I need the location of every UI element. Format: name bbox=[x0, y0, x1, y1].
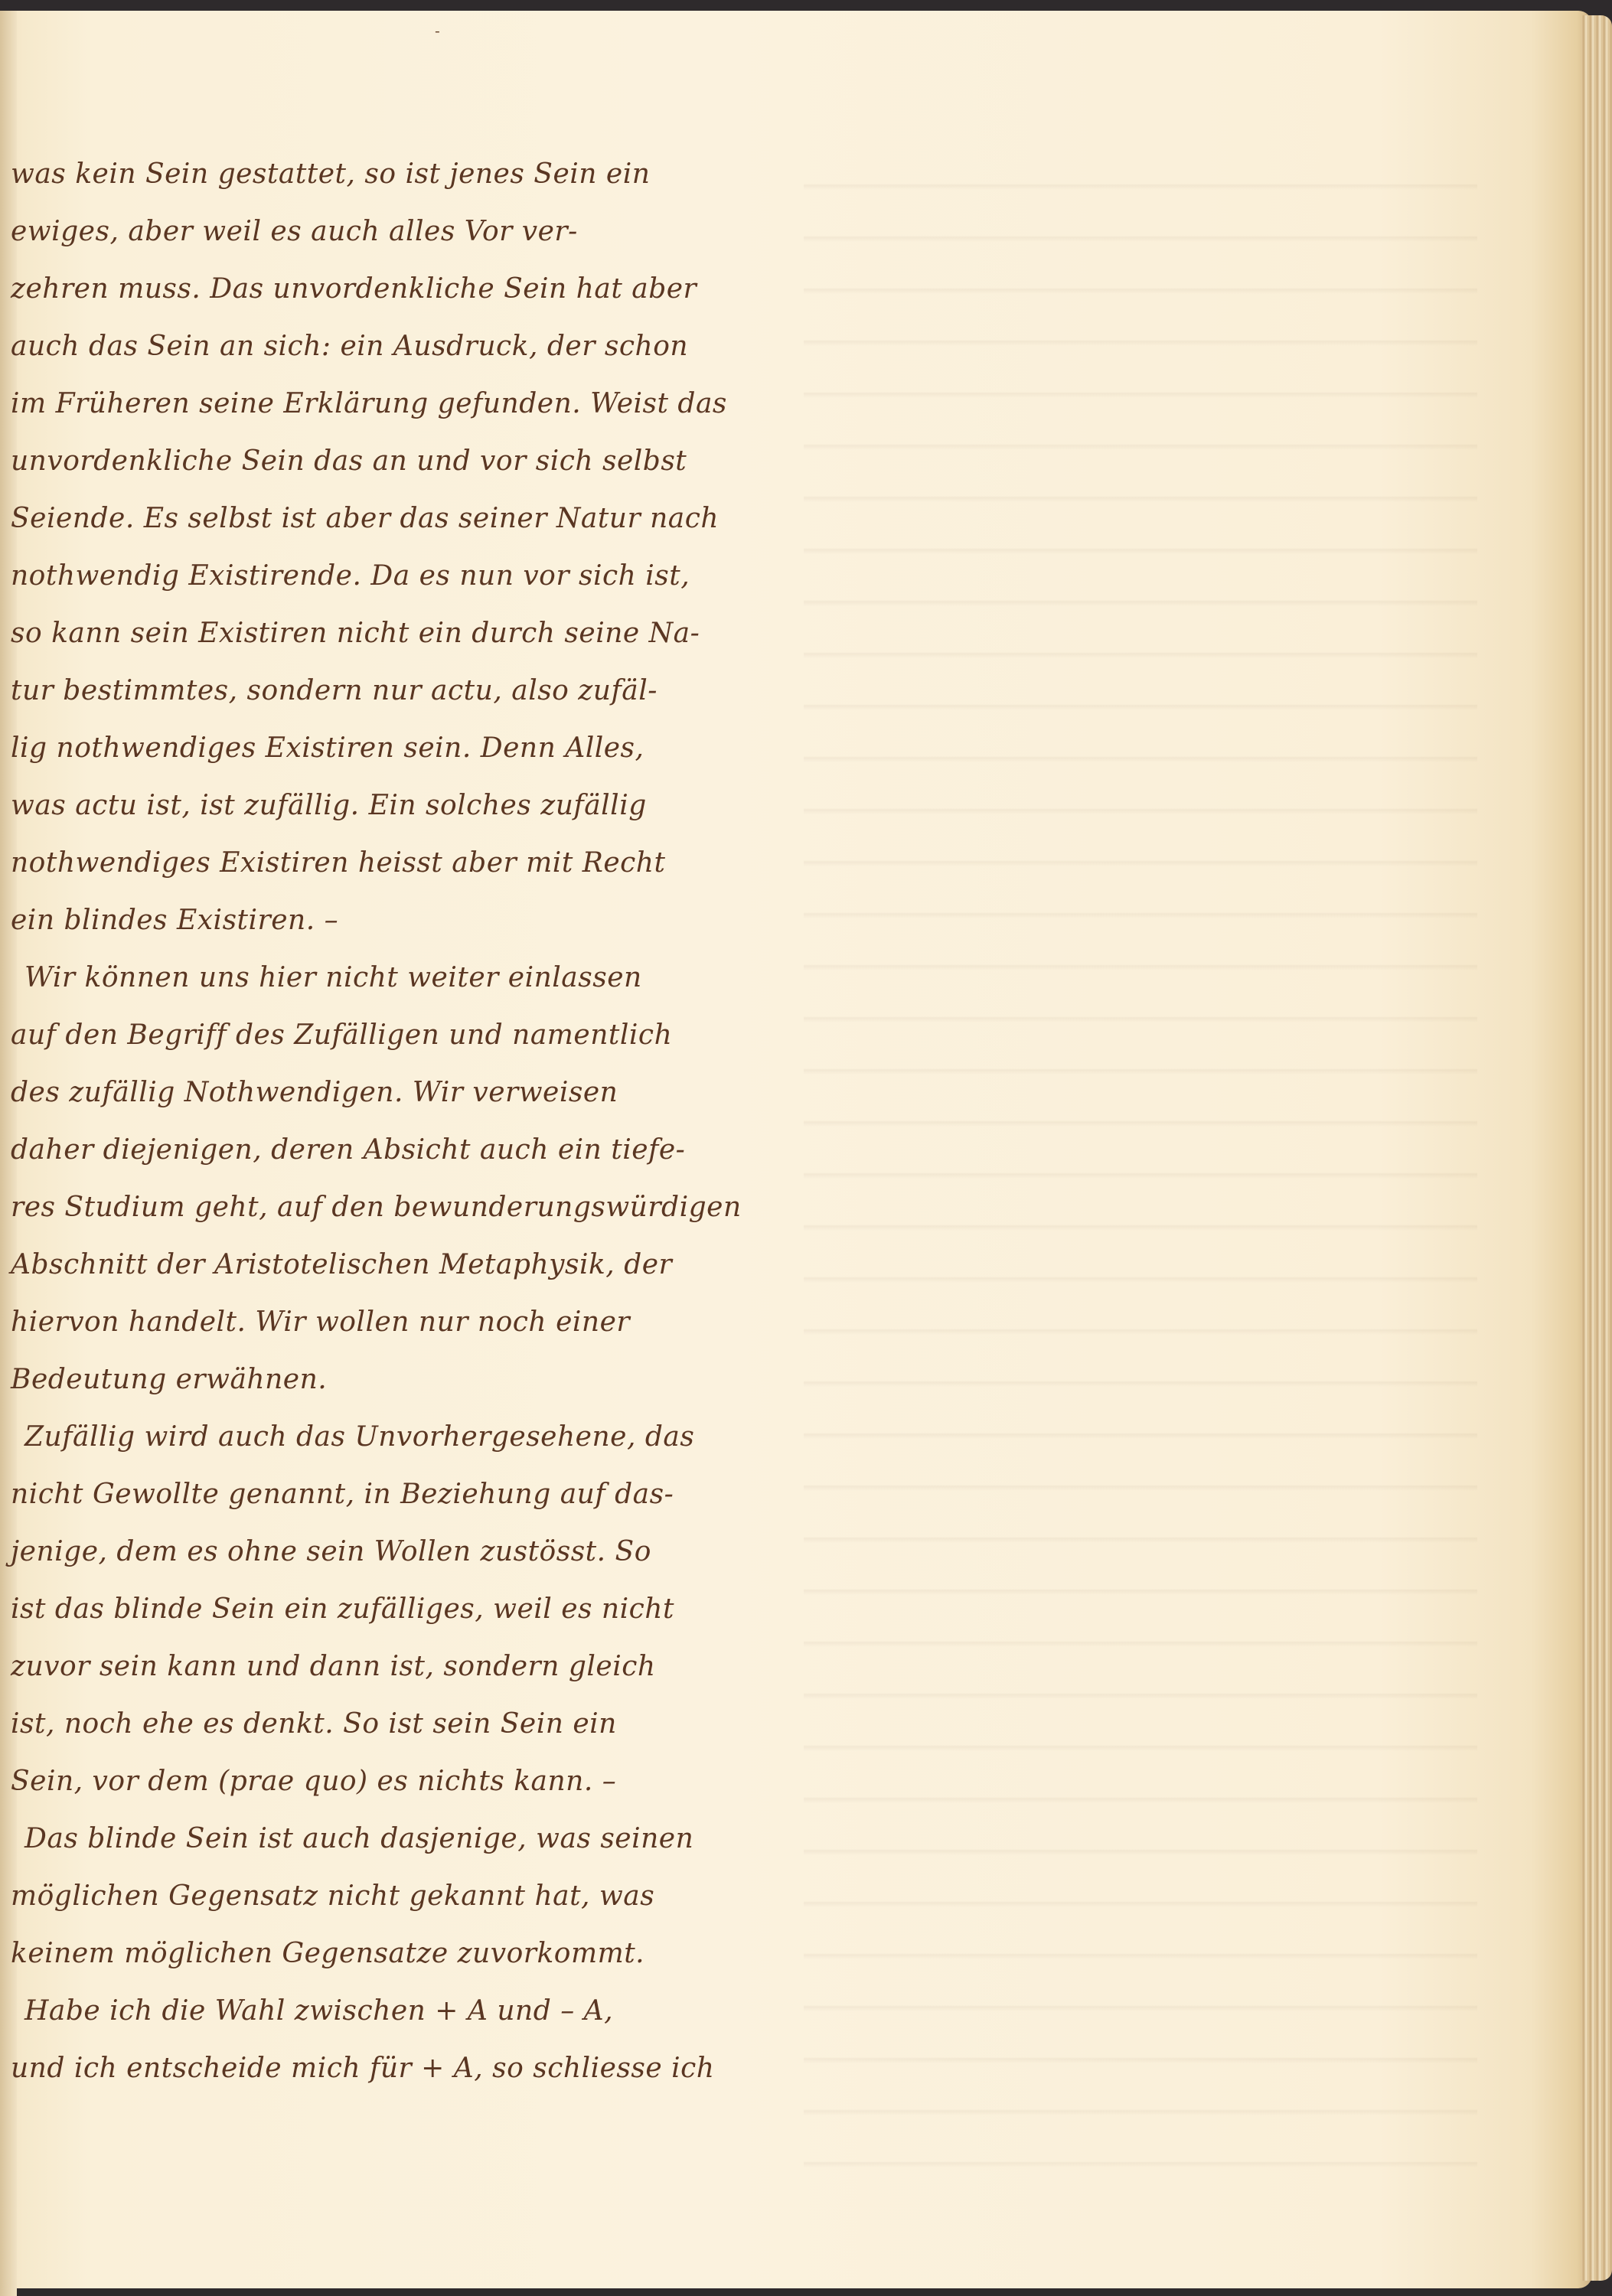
text-line: zehren muss. Das unvordenkliche Sein hat… bbox=[11, 260, 837, 318]
text-line: auf den Begriff des Zufälligen und namen… bbox=[11, 1006, 837, 1064]
text-line: nothwendiges Existiren heisst aber mit R… bbox=[11, 834, 837, 892]
text-line: und ich entscheide mich für + A, so schl… bbox=[11, 2040, 837, 2097]
text-line: tur bestimmtes, sondern nur actu, also z… bbox=[11, 662, 837, 719]
page-edges bbox=[1581, 15, 1612, 2281]
text-line: ist das blinde Sein ein zufälliges, weil… bbox=[11, 1580, 837, 1638]
text-line: hiervon handelt. Wir wollen nur noch ein… bbox=[11, 1293, 837, 1351]
text-line: Sein, vor dem (prae quo) es nichts kann.… bbox=[11, 1753, 837, 1810]
text-line: des zufällig Nothwendigen. Wir verweisen bbox=[11, 1064, 837, 1121]
paragraph-start-line: Das blinde Sein ist auch dasjenige, was … bbox=[11, 1810, 837, 1867]
text-line: was actu ist, ist zufällig. Ein solches … bbox=[11, 777, 837, 834]
text-line: auch das Sein an sich: ein Ausdruck, der… bbox=[11, 318, 837, 375]
manuscript-text: was kein Sein gestattet, so ist jenes Se… bbox=[11, 145, 837, 2097]
text-line: Seiende. Es selbst ist aber das seiner N… bbox=[11, 490, 837, 547]
paragraph-start-line: Zufällig wird auch das Unvorhergesehene,… bbox=[11, 1408, 837, 1466]
text-line: jenige, dem es ohne sein Wollen zustösst… bbox=[11, 1523, 837, 1580]
paragraph-start-line: Habe ich die Wahl zwischen + A und – A, bbox=[11, 1982, 837, 2040]
text-line: möglichen Gegensatz nicht gekannt hat, w… bbox=[11, 1867, 837, 1925]
paragraph-start-line: Wir können uns hier nicht weiter einlass… bbox=[11, 949, 837, 1006]
ink-bleed-through bbox=[804, 138, 1477, 2204]
text-line: res Studium geht, auf den bewunderungswü… bbox=[11, 1179, 837, 1236]
text-line: so kann sein Existiren nicht ein durch s… bbox=[11, 605, 837, 662]
text-line: nothwendig Existirende. Da es nun vor si… bbox=[11, 547, 837, 605]
text-line: ewiges, aber weil es auch alles Vor ver- bbox=[11, 203, 837, 260]
text-line: was kein Sein gestattet, so ist jenes Se… bbox=[11, 145, 837, 203]
text-line: ein blindes Existiren. – bbox=[11, 892, 837, 949]
text-line: unvordenkliche Sein das an und vor sich … bbox=[11, 432, 837, 490]
text-line: nicht Gewollte genannt, in Beziehung auf… bbox=[11, 1466, 837, 1523]
text-line: zuvor sein kann und dann ist, sondern gl… bbox=[11, 1638, 837, 1695]
text-line: daher diejenigen, deren Absicht auch ein… bbox=[11, 1121, 837, 1179]
top-mark: - bbox=[435, 21, 440, 40]
text-line: Bedeutung erwähnen. bbox=[11, 1351, 837, 1408]
text-line: Abschnitt der Aristotelischen Metaphysik… bbox=[11, 1236, 837, 1293]
text-line: im Früheren seine Erklärung gefunden. We… bbox=[11, 375, 837, 432]
text-line: ist, noch ehe es denkt. So ist sein Sein… bbox=[11, 1695, 837, 1753]
text-line: lig nothwendiges Existiren sein. Denn Al… bbox=[11, 719, 837, 777]
text-line: keinem möglichen Gegensatze zuvorkommt. bbox=[11, 1925, 837, 1982]
